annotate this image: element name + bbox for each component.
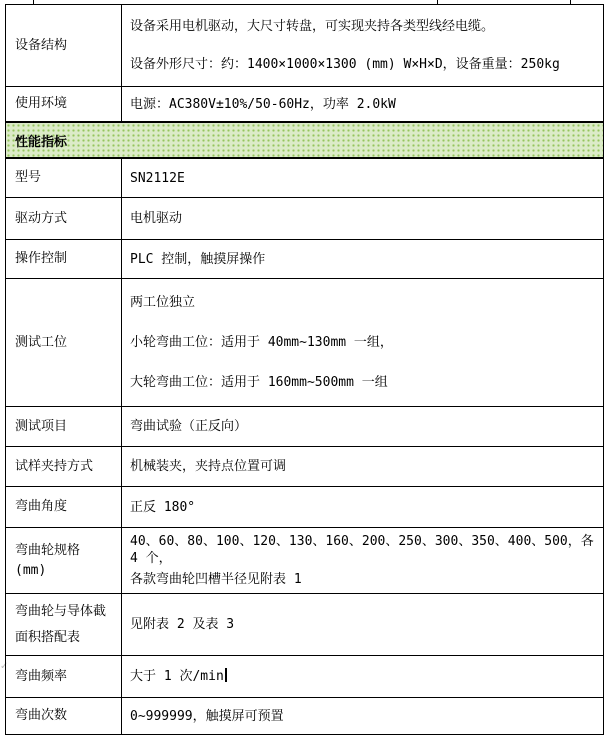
row-label: 弯曲频率 xyxy=(15,667,117,687)
value-line: 弯曲试验（正反向） xyxy=(130,418,597,435)
value-line: 电源：AC380V±10%/50-60Hz，功率 2.0kW xyxy=(130,96,597,113)
value-line: 设备外形尺寸：约：1400×1000×1300 (mm) W×H×D，设备重量：… xyxy=(130,56,597,73)
row-label: 试样夹持方式 xyxy=(15,457,117,477)
row-label: 弯曲角度 xyxy=(15,497,117,517)
table-row: 弯曲轮规格 (mm) 40、60、80、100、120、130、160、200、… xyxy=(6,528,603,594)
row-label-cell[interactable]: 弯曲频率 xyxy=(6,656,122,697)
value-line: 见附表 2 及表 3 xyxy=(130,616,597,633)
row-value-cell[interactable]: 大于 1 次/min xyxy=(122,656,603,697)
row-label-cell[interactable]: 使用环境 xyxy=(6,87,122,121)
value-line: 两工位独立 xyxy=(130,294,597,311)
row-label: 弯曲次数 xyxy=(15,706,117,726)
row-value-cell[interactable]: 电机驱动 xyxy=(122,198,603,239)
row-label-cell[interactable]: 驱动方式 xyxy=(6,198,122,239)
value-line: 机械装夹，夹持点位置可调 xyxy=(130,458,597,475)
section-header-row[interactable]: 性能指标 xyxy=(6,122,603,159)
row-label: 操作控制 xyxy=(15,249,117,269)
row-value-cell[interactable]: 见附表 2 及表 3 xyxy=(122,594,603,655)
row-value-cell[interactable]: 0~999999，触摸屏可预置 xyxy=(122,698,603,734)
row-label-cell[interactable]: 测试项目 xyxy=(6,407,122,446)
table-row: 驱动方式 电机驱动 xyxy=(6,198,603,240)
row-value-cell[interactable]: 机械装夹，夹持点位置可调 xyxy=(122,447,603,486)
table-row: 型号 SN2112E xyxy=(6,159,603,198)
text-cursor-caret xyxy=(225,668,227,682)
value-line: SN2112E xyxy=(130,170,597,187)
value-line: 大于 1 次/min xyxy=(130,668,597,685)
row-label-cell[interactable]: 弯曲角度 xyxy=(6,487,122,527)
row-value-cell[interactable]: 正反 180° xyxy=(122,487,603,527)
spec-table: 设备结构 设备采用电机驱动，大尺寸转盘，可实现夹持各类型线经电缆。 设备外形尺寸… xyxy=(5,4,604,735)
value-line: 设备采用电机驱动，大尺寸转盘，可实现夹持各类型线经电缆。 xyxy=(130,18,597,35)
value-line: 正反 180° xyxy=(130,499,597,516)
table-row: 操作控制 PLC 控制，触摸屏操作 xyxy=(6,240,603,279)
row-label-cell[interactable]: 弯曲轮与导体截面积搭配表 xyxy=(6,594,122,655)
row-value-cell[interactable]: 两工位独立 小轮弯曲工位：适用于 40mm~130mm 一组， 大轮弯曲工位：适… xyxy=(122,279,603,406)
table-row: 弯曲频率 大于 1 次/min xyxy=(6,656,603,698)
value-line: 电机驱动 xyxy=(130,210,597,227)
row-value-cell[interactable]: PLC 控制，触摸屏操作 xyxy=(122,240,603,278)
table-row: 试样夹持方式 机械装夹，夹持点位置可调 xyxy=(6,447,603,487)
table-row: 使用环境 电源：AC380V±10%/50-60Hz，功率 2.0kW xyxy=(6,87,603,122)
value-line: 大轮弯曲工位：适用于 160mm~500mm 一组 xyxy=(130,374,597,391)
row-label: 测试工位 xyxy=(15,333,117,353)
row-value-cell[interactable]: 40、60、80、100、120、130、160、200、250、300、350… xyxy=(122,528,603,593)
row-label-cell[interactable]: 试样夹持方式 xyxy=(6,447,122,486)
table-row: 测试项目 弯曲试验（正反向） xyxy=(6,407,603,447)
value-text: 大于 1 次/min xyxy=(130,669,224,684)
section-header-label: 性能指标 xyxy=(15,131,67,150)
table-row: 测试工位 两工位独立 小轮弯曲工位：适用于 40mm~130mm 一组， 大轮弯… xyxy=(6,279,603,407)
table-row: 弯曲次数 0~999999，触摸屏可预置 xyxy=(6,698,603,735)
row-label-cell[interactable]: 弯曲轮规格 (mm) xyxy=(6,528,122,593)
row-value-cell[interactable]: 设备采用电机驱动，大尺寸转盘，可实现夹持各类型线经电缆。 设备外形尺寸：约：14… xyxy=(122,5,603,86)
table-row: 弯曲轮与导体截面积搭配表 见附表 2 及表 3 xyxy=(6,594,603,656)
row-value-cell[interactable]: 弯曲试验（正反向） xyxy=(122,407,603,446)
value-line: 小轮弯曲工位：适用于 40mm~130mm 一组， xyxy=(130,334,597,351)
row-label: 设备结构 xyxy=(15,36,117,56)
row-label-cell[interactable]: 型号 xyxy=(6,159,122,197)
value-line: PLC 控制，触摸屏操作 xyxy=(130,251,597,268)
row-label: 测试项目 xyxy=(15,417,117,437)
row-value-cell[interactable]: SN2112E xyxy=(122,159,603,197)
value-line: 各款弯曲轮凹槽半径见附表 1 xyxy=(130,571,597,588)
row-label: 使用环境 xyxy=(15,94,117,114)
row-label: 弯曲轮与导体截面积搭配表 xyxy=(15,599,117,651)
document-page: ✓ 设备结构 设备采用电机驱动，大尺寸转盘，可实现夹持各类型线经电缆。 设备外形… xyxy=(0,0,612,741)
row-label-cell[interactable]: 测试工位 xyxy=(6,279,122,406)
value-line: 40、60、80、100、120、130、160、200、250、300、350… xyxy=(130,533,597,567)
value-line: 0~999999，触摸屏可预置 xyxy=(130,708,597,725)
table-row: 设备结构 设备采用电机驱动，大尺寸转盘，可实现夹持各类型线经电缆。 设备外形尺寸… xyxy=(6,5,603,87)
row-label: 型号 xyxy=(15,168,117,188)
row-label-cell[interactable]: 设备结构 xyxy=(6,5,122,86)
row-label-cell[interactable]: 弯曲次数 xyxy=(6,698,122,734)
row-label: 弯曲轮规格 (mm) xyxy=(15,541,117,581)
row-label: 驱动方式 xyxy=(15,209,117,229)
row-value-cell[interactable]: 电源：AC380V±10%/50-60Hz，功率 2.0kW xyxy=(122,87,603,121)
row-label-cell[interactable]: 操作控制 xyxy=(6,240,122,278)
table-row: 弯曲角度 正反 180° xyxy=(6,487,603,528)
